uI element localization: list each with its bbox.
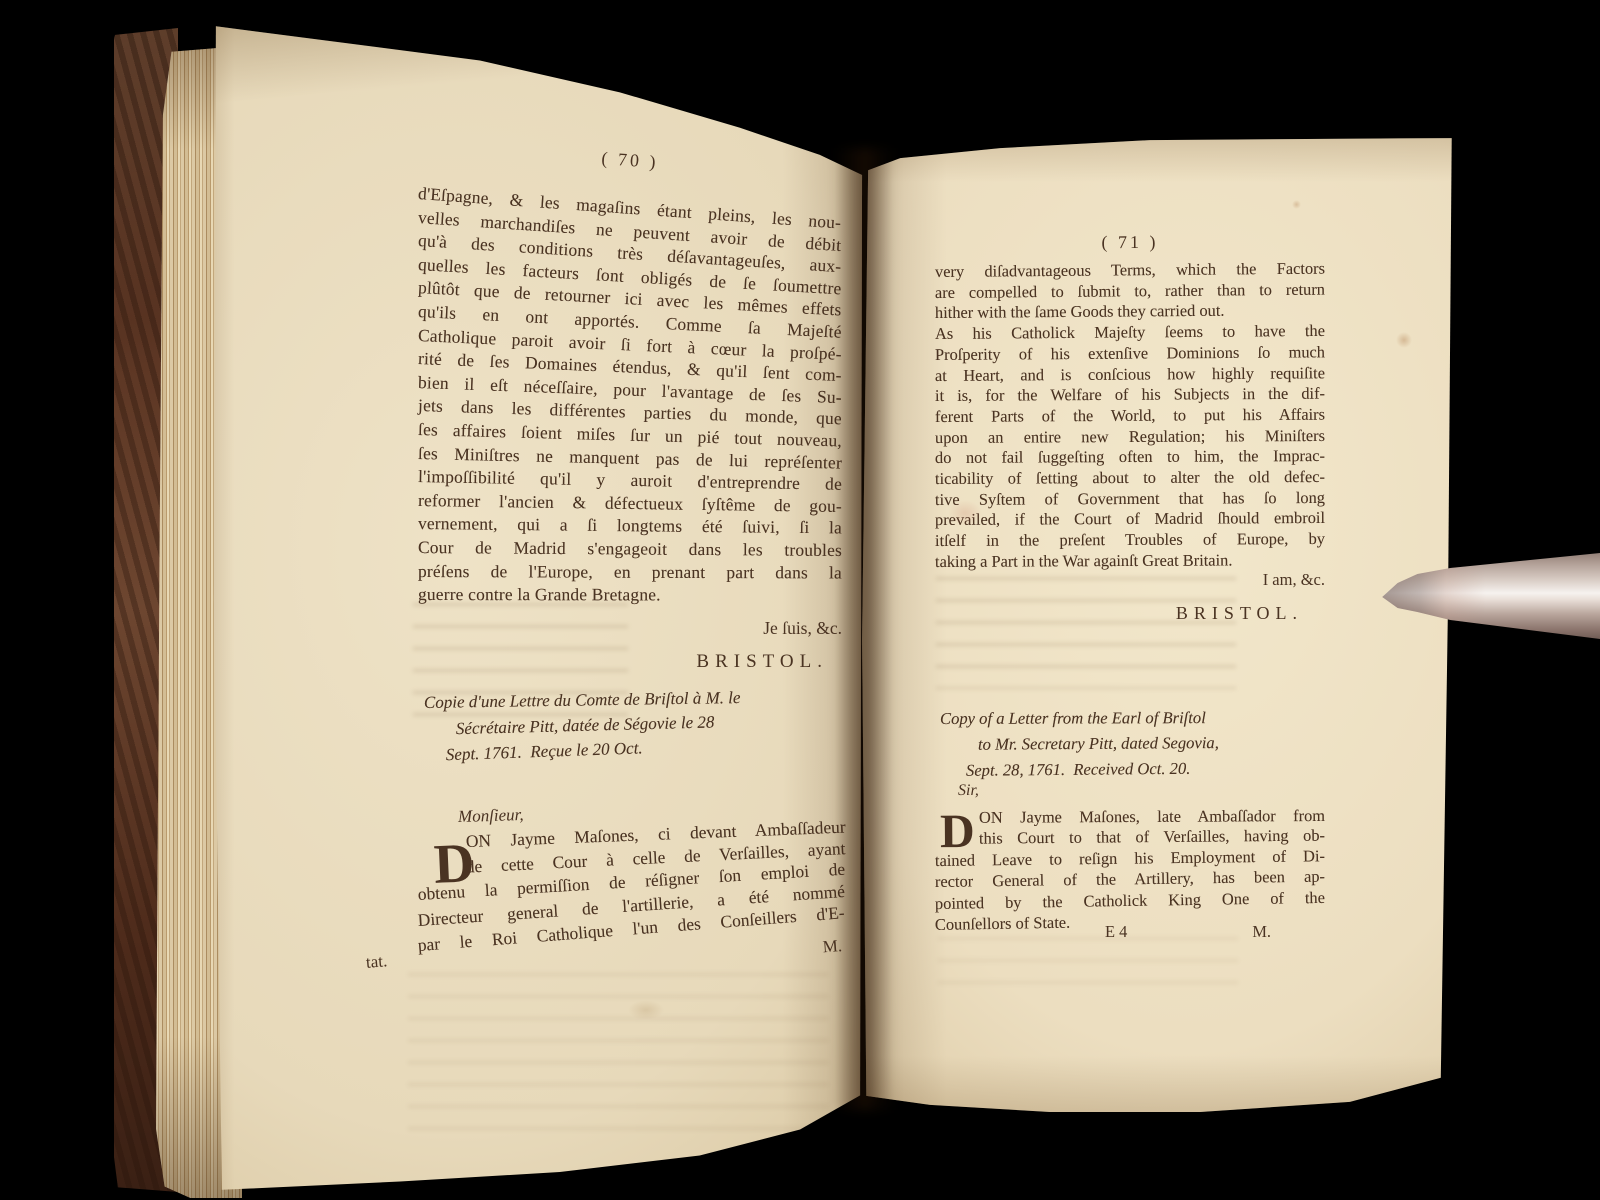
text-line: tive Syſtem of Government that has ſo lo… (935, 488, 1325, 511)
right-page-body: very diſadvantageous Terms, which the Fa… (935, 262, 1325, 573)
signature-bristol: BRISTOL. (418, 651, 828, 673)
letter-heading: Copy of a Letter from the Earl of Briſto… (940, 706, 1332, 784)
text-line: at Heart, and is conſcious how highly re… (935, 363, 1325, 386)
foxing-spot (1396, 332, 1412, 348)
right-page: ( 71 ) very diſadvantageous Terms, which… (856, 122, 1462, 1126)
signature-bristol: BRISTOL. (935, 603, 1303, 624)
text-line: guerre contre la Grande Bretagne. (418, 583, 842, 607)
right-page-number: ( 71 ) (935, 231, 1325, 254)
text-line: itſelf in the preſent Troubles of Europe… (935, 529, 1325, 552)
left-page-body: d'Eſpagne, & les magaſins étant pleins, … (418, 182, 842, 607)
gutter-shadow (834, 148, 896, 1110)
book-photo: ( 70 ) d'Eſpagne, & les magaſins étant p… (0, 0, 1600, 1200)
heading-line: Copy of a Letter from the Earl of Briſto… (940, 705, 1332, 732)
text-line: ticability of ſetting about to alter the… (935, 467, 1325, 490)
salutation: Monſieur, (458, 805, 524, 827)
left-page-number: ( 70 ) (418, 135, 842, 186)
closing-line: I am, &c. (935, 570, 1421, 590)
heading-line: Sept. 28, 1761. Received Oct. 20. (940, 755, 1332, 784)
heading-line: to Mr. Secretary Pitt, dated Segovia, (940, 729, 1332, 758)
text-line: As his Catholick Majeſty ſeems to have t… (935, 321, 1325, 345)
salutation: Sir, (958, 782, 979, 800)
text-line: very diſadvantageous Terms, which the Fa… (935, 259, 1325, 283)
foxing-spot (628, 1000, 664, 1020)
foxing-spot (948, 500, 982, 526)
letter-heading: Copie d'une Lettre du Comte de Briſtol à… (424, 690, 848, 770)
pen-pointer (1380, 546, 1600, 646)
letter-body: ON Jayme Maſones, late Ambaſſador from t… (935, 807, 1325, 935)
bleed-through-text (938, 937, 1238, 995)
signature-catchword-row: E 4 M. (935, 922, 1325, 944)
text-line: prevailed, if the Court of Madrid ſhould… (935, 508, 1325, 531)
pen-tip (1380, 546, 1600, 646)
text-line: Cour de Madrid s'engageoit dans les trou… (418, 536, 842, 563)
bleed-through-text (408, 973, 828, 1143)
bleed-through-text (936, 577, 1236, 689)
text-line: upon an entire new Regulation; his Miniſ… (935, 426, 1325, 449)
catchword: M. (1252, 922, 1271, 942)
foxing-spot (1292, 200, 1301, 209)
text-line: do not fail ſuggeſting often to him, the… (935, 446, 1325, 469)
left-page: ( 70 ) d'Eſpagne, & les magaſins étant p… (208, 18, 868, 1198)
carryover-word: tat. (365, 951, 388, 973)
text-line: ferent Parts of the World, to put his Af… (935, 405, 1325, 428)
text-line: Proſperity of his extenſive Dominions ſo… (935, 342, 1325, 365)
text-line: it is, for the Welfare of his Subjects i… (935, 384, 1325, 407)
signature-mark: E 4 (1105, 922, 1127, 942)
text-line: préſens de l'Europe, en prenant part dan… (418, 560, 842, 585)
